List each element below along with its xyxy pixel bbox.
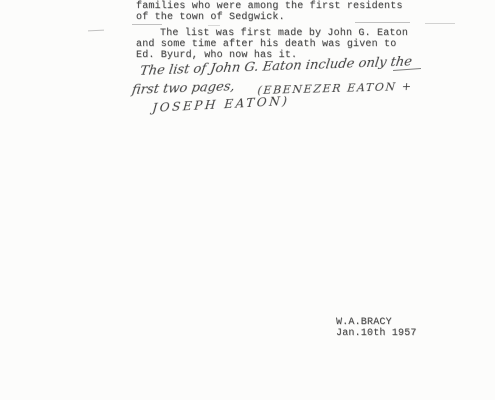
handwritten-note-line2-script: first two pages, [131, 79, 236, 98]
typed-paragraph1-line2: of the town of Sedgwick. [136, 12, 285, 23]
pencil-mark [132, 24, 162, 25]
signature-date: Jan.10th 1957 [336, 328, 417, 339]
typed-paragraph2-line2: and some time after his death was given … [136, 39, 396, 50]
typed-paragraph1-line1: families who were among the first reside… [136, 1, 403, 12]
signature-name: W.A.BRACY [336, 317, 392, 328]
pencil-mark [425, 23, 455, 24]
handwritten-note-line3: JOSEPH EATON) [152, 94, 290, 115]
pencil-mark [355, 22, 410, 23]
pencil-mark [208, 25, 220, 26]
typed-paragraph2-line1: The list was first made by John G. Eaton [160, 28, 408, 39]
scanned-document-page: families who were among the first reside… [0, 0, 495, 400]
pencil-mark [88, 30, 104, 32]
